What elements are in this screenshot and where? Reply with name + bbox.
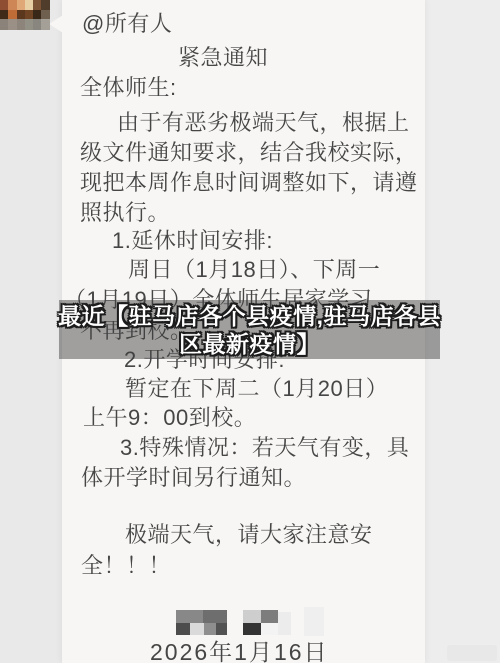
avatar-mosaic-cell <box>25 0 33 10</box>
avatar-mosaic-cell <box>0 10 8 19</box>
notice-line-12: 暂定在下周二（1月20日） <box>125 375 388 402</box>
notice-line-16: 极端天气，请大家注意安 <box>125 521 373 548</box>
avatar-mosaic-cell <box>41 10 50 19</box>
watermark <box>447 645 497 661</box>
avatar-mosaic-cell <box>17 19 25 30</box>
bubble-tail <box>49 15 63 33</box>
notice-date: 2026年1月16日 <box>150 634 329 663</box>
notice-line-5: 现把本周作息时间调整如下，请遵 <box>80 169 418 196</box>
sender-avatar[interactable] <box>0 0 50 30</box>
avatar-mosaic-cell <box>0 19 8 30</box>
avatar-mosaic-cell <box>8 10 17 19</box>
redaction-mosaic-cell <box>243 610 261 623</box>
avatar-mosaic-cell <box>17 10 25 19</box>
avatar-mosaic-cell <box>33 0 41 10</box>
redaction-mosaic-cell <box>261 610 278 623</box>
avatar-mosaic-cell <box>17 0 25 10</box>
notice-line-8: 周日（1月18日）、下周一 <box>128 256 380 283</box>
avatar-mosaic-cell <box>41 0 50 10</box>
notice-line-4: 级文件通知要求，结合我校实际， <box>80 139 418 166</box>
avatar-mosaic-cell <box>8 19 17 30</box>
notice-line-2: 全体师生: <box>80 74 177 101</box>
notice-line-1: 紧急通知 <box>178 44 268 71</box>
avatar-mosaic-cell <box>0 0 8 10</box>
avatar-mosaic-cell <box>33 19 41 30</box>
avatar-mosaic-cell <box>33 10 41 19</box>
avatar-mosaic-cell <box>25 10 33 19</box>
avatar-mosaic-cell <box>8 0 17 10</box>
notice-line-7: 1.延休时间安排: <box>112 227 273 254</box>
redaction-mosaic-cell <box>304 607 324 636</box>
caption-banner-line2: 区最新疫情】 <box>179 330 320 358</box>
notice-line-6: 照执行。 <box>80 199 170 226</box>
notice-line-15: 体开学时间另行通知。 <box>81 464 306 491</box>
redaction-mosaic-cell <box>176 610 203 623</box>
notice-line-3: 由于有恶劣极端天气，根据上 <box>117 109 410 136</box>
redaction-mosaic-cell <box>203 610 227 623</box>
notice-line-17: 全！！！ <box>81 552 171 579</box>
notice-line-13: 上午9：00到校。 <box>83 404 256 431</box>
avatar-mosaic-cell <box>41 19 50 30</box>
notice-line-14: 3.特殊情况：若天气有变，具 <box>120 434 409 461</box>
redaction-mosaic-cell <box>278 612 291 635</box>
caption-banner-line1: 最近【驻马店各个县疫情,驻马店各县 <box>58 302 441 330</box>
wechat-chat-screenshot: @所有人紧急通知全体师生:由于有恶劣极端天气，根据上级文件通知要求，结合我校实际… <box>0 0 500 663</box>
avatar-mosaic-cell <box>25 19 33 30</box>
caption-banner: 最近【驻马店各个县疫情,驻马店各县 区最新疫情】 <box>59 300 440 359</box>
mention-text: @所有人 <box>82 10 172 37</box>
